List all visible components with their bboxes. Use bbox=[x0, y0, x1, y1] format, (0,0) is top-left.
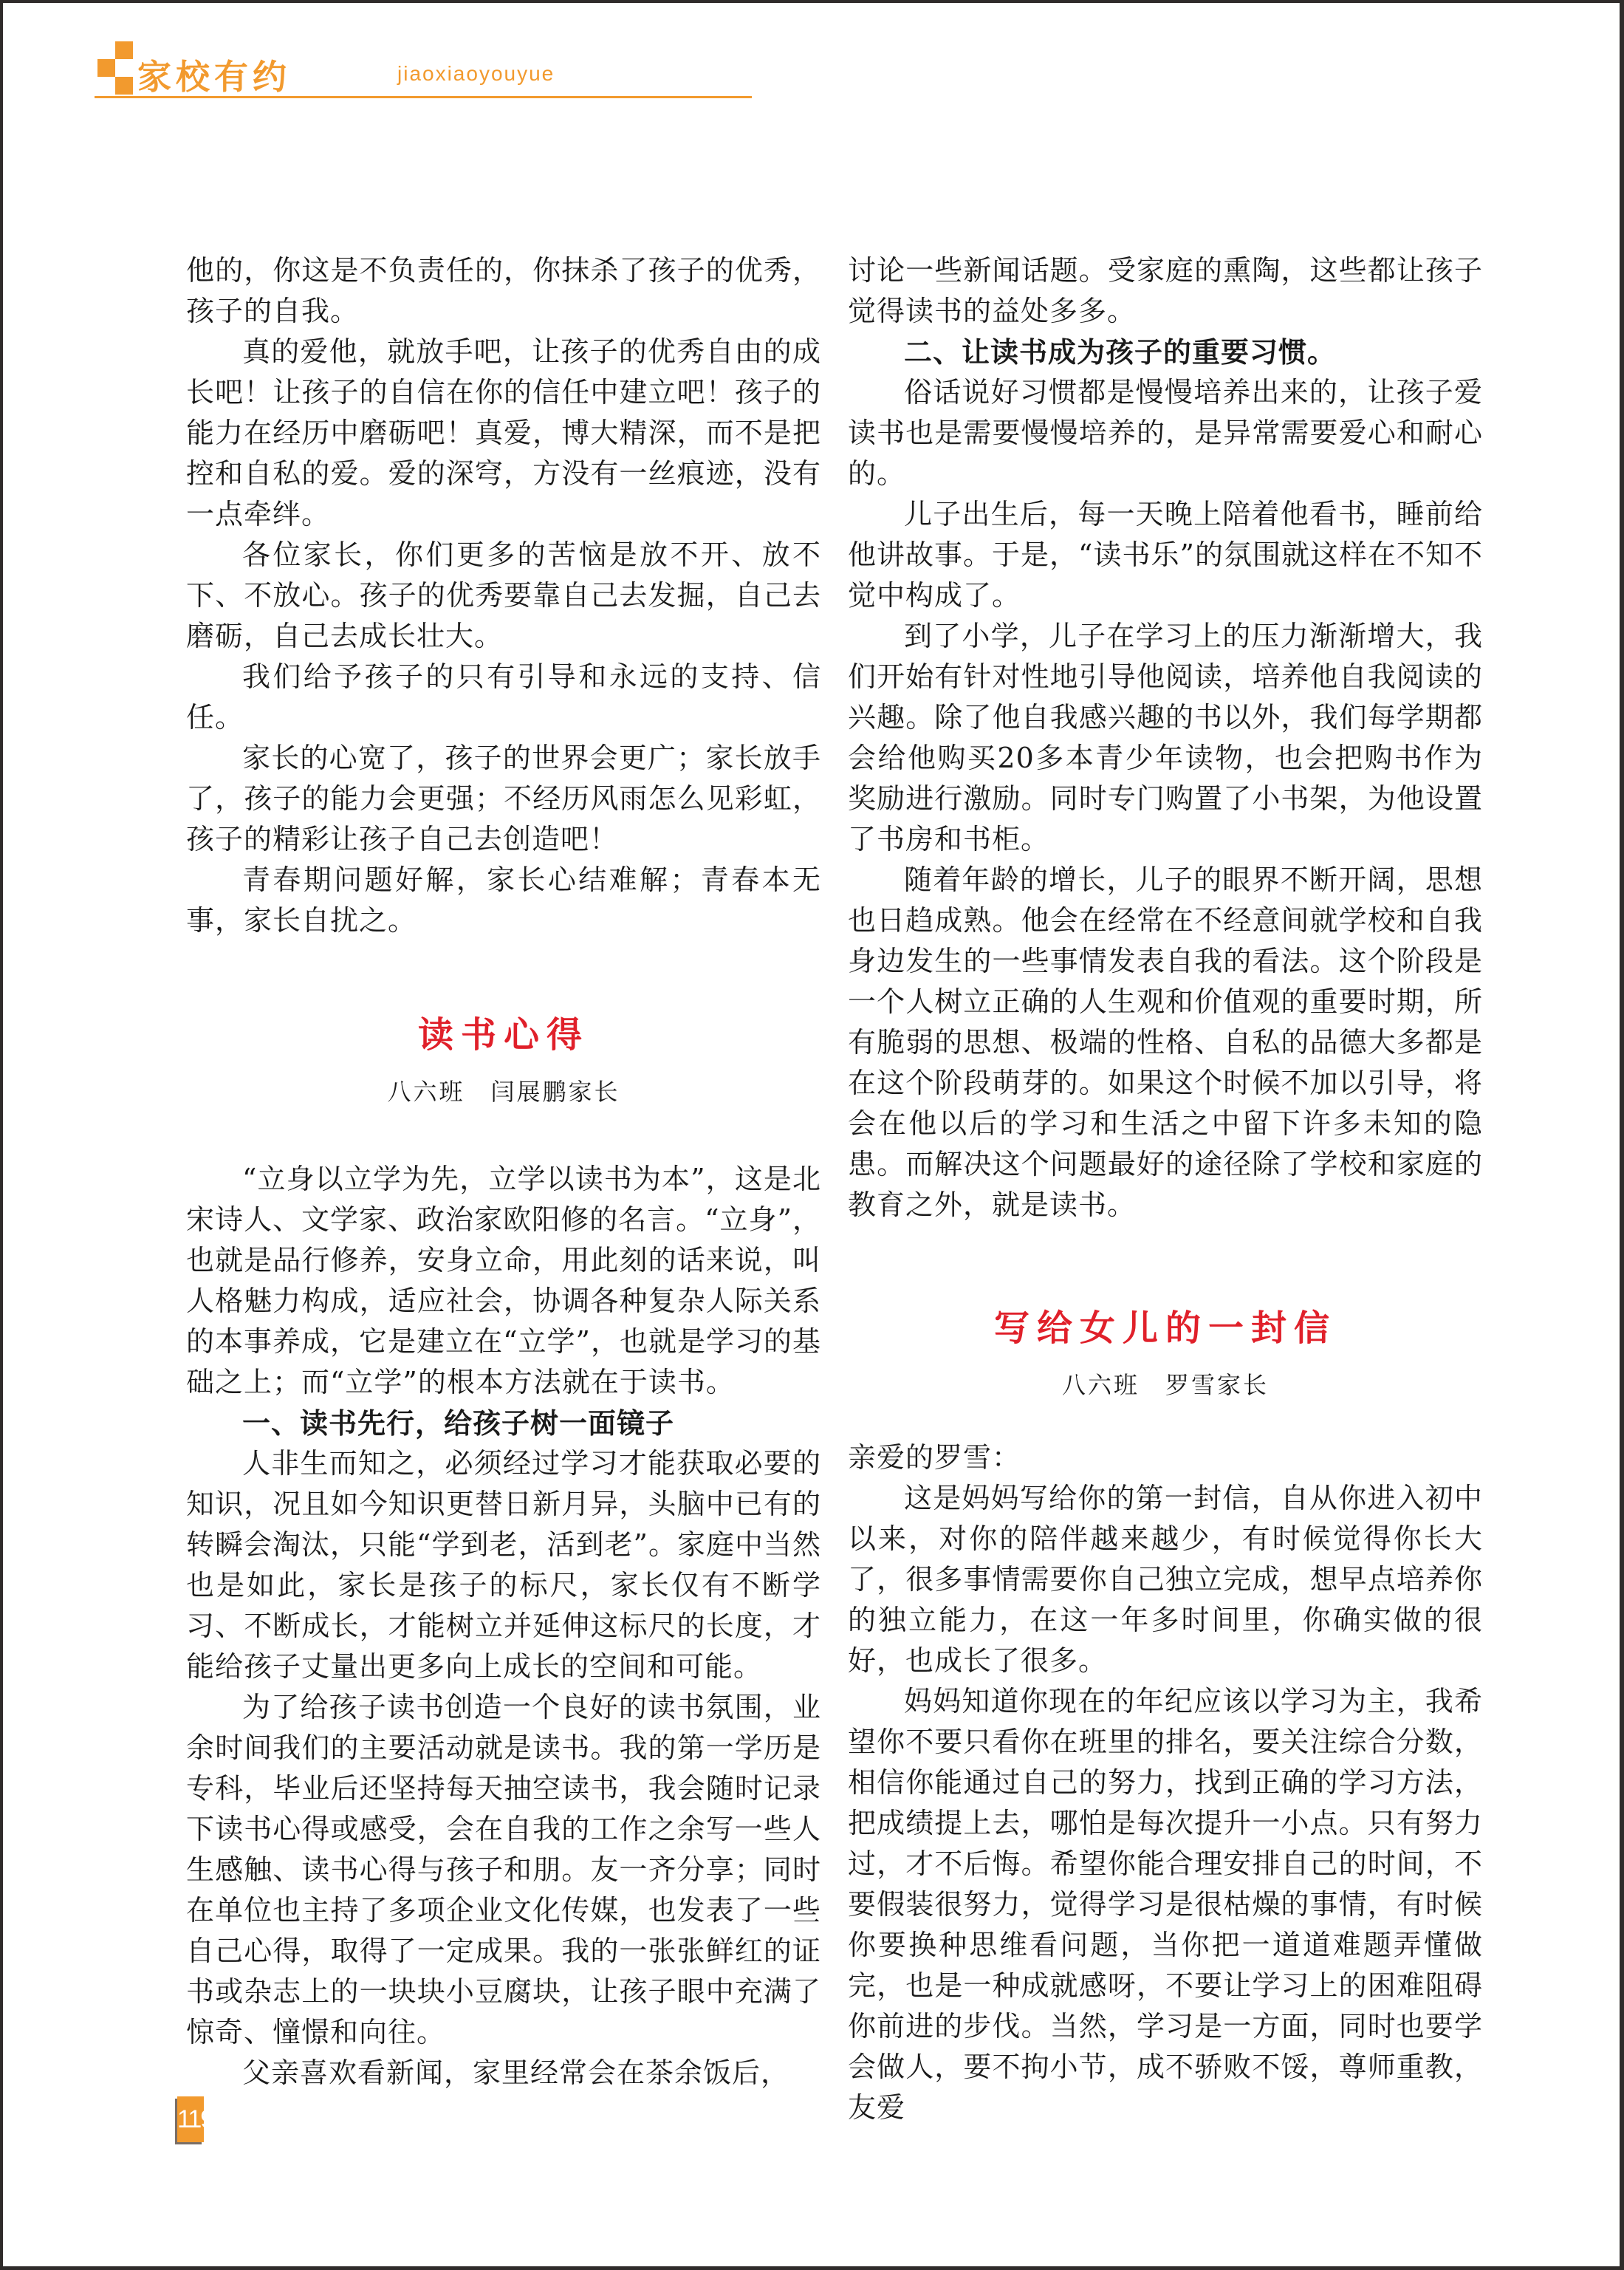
article-byline: 八六班 闫展鹏家长 bbox=[186, 1073, 821, 1107]
paragraph: 妈妈知道你现在的年纪应该以学习为主，我希望你不要只看你在班里的排名，要关注综合分… bbox=[848, 1681, 1483, 2128]
left-column: 他的，你这是不负责任的，你抹杀了孩子的优秀，孩子的自我。 真的爱他，就放手吧，让… bbox=[186, 250, 821, 2093]
logo-square bbox=[115, 77, 133, 95]
letter-salutation: 亲爱的罗雪： bbox=[848, 1437, 1483, 1478]
section-pinyin: jiaoxiaoyouyue bbox=[397, 62, 555, 86]
right-column: 讨论一些新闻话题。受家庭的熏陶，这些都让孩子觉得读书的益处多多。 二、让读书成为… bbox=[848, 250, 1483, 2128]
section-header: 家校有约 jiaoxiaoyouyue bbox=[95, 37, 752, 103]
article-title: 写给女儿的一封信 bbox=[848, 1299, 1483, 1350]
paragraph: 各位家长，你们更多的苦恼是放不开、放不下、不放心。孩子的优秀要靠自己去发掘，自己… bbox=[186, 535, 821, 657]
paragraph: 青春期问题好解，家长心结难解；青春本无事，家长自扰之。 bbox=[186, 860, 821, 941]
subheading: 一、读书先行，给孩子树一面镜子 bbox=[186, 1403, 821, 1443]
paragraph: 人非生而知之，必须经过学习才能获取必要的知识，况且如今知识更替日新月异，头脑中已… bbox=[186, 1443, 821, 1687]
logo-square bbox=[97, 59, 115, 77]
paragraph: 我们给予孩子的只有引导和永远的支持、信任。 bbox=[186, 657, 821, 738]
section-title: 家校有约 bbox=[137, 50, 291, 99]
paragraph: 真的爱他，就放手吧，让孩子的优秀自由的成长吧！让孩子的自信在你的信任中建立吧！孩… bbox=[186, 332, 821, 535]
paragraph: “立身以立学为先，立学以读书为本”，这是北宋诗人、文学家、政治家欧阳修的名言。“… bbox=[186, 1159, 821, 1403]
article-title: 读书心得 bbox=[186, 1006, 821, 1057]
paragraph: 这是妈妈写给你的第一封信，自从你进入初中以来，对你的陪伴越来越少，有时候觉得你长… bbox=[848, 1478, 1483, 1681]
paragraph: 儿子出生后，每一天晚上陪着他看书，睡前给他讲故事。于是，“读书乐”的氛围就这样在… bbox=[848, 494, 1483, 616]
paragraph: 父亲喜欢看新闻，家里经常会在茶余饭后， bbox=[186, 2053, 821, 2093]
article-letter-to-daughter: 写给女儿的一封信 八六班 罗雪家长 亲爱的罗雪： 这是妈妈写给你的第一封信，自从… bbox=[848, 1299, 1483, 2128]
header-divider bbox=[95, 96, 752, 98]
logo-square bbox=[115, 41, 133, 59]
article-byline: 八六班 罗雪家长 bbox=[848, 1367, 1483, 1401]
subheading: 二、让读书成为孩子的重要习惯。 bbox=[848, 332, 1483, 372]
paragraph: 家长的心宽了，孩子的世界会更广；家长放手了，孩子的能力会更强；不经历风雨怎么见彩… bbox=[186, 738, 821, 860]
page-number: 119 bbox=[177, 2096, 204, 2142]
paragraph: 俗话说好习惯都是慢慢培养出来的，让孩子爱读书也是需要慢慢培养的，是异常需要爱心和… bbox=[848, 372, 1483, 494]
article-reading-notes: 读书心得 八六班 闫展鹏家长 “立身以立学为先，立学以读书为本”，这是北宋诗人、… bbox=[186, 1006, 821, 2093]
paragraph: 到了小学，儿子在学习上的压力渐渐增大，我们开始有针对性地引导他阅读，培养他自我阅… bbox=[848, 616, 1483, 860]
magazine-page: 家校有约 jiaoxiaoyouyue 他的，你这是不负责任的，你抹杀了孩子的优… bbox=[3, 3, 1620, 2266]
paragraph: 他的，你这是不负责任的，你抹杀了孩子的优秀，孩子的自我。 bbox=[186, 250, 821, 332]
paragraph: 随着年龄的增长，儿子的眼界不断开阔，思想也日趋成熟。他会在经常在不经意间就学校和… bbox=[848, 860, 1483, 1225]
checker-logo-icon bbox=[97, 41, 133, 95]
paragraph: 讨论一些新闻话题。受家庭的熏陶，这些都让孩子觉得读书的益处多多。 bbox=[848, 250, 1483, 332]
paragraph: 为了给孩子读书创造一个良好的读书氛围，业余时间我们的主要活动就是读书。我的第一学… bbox=[186, 1687, 821, 2053]
